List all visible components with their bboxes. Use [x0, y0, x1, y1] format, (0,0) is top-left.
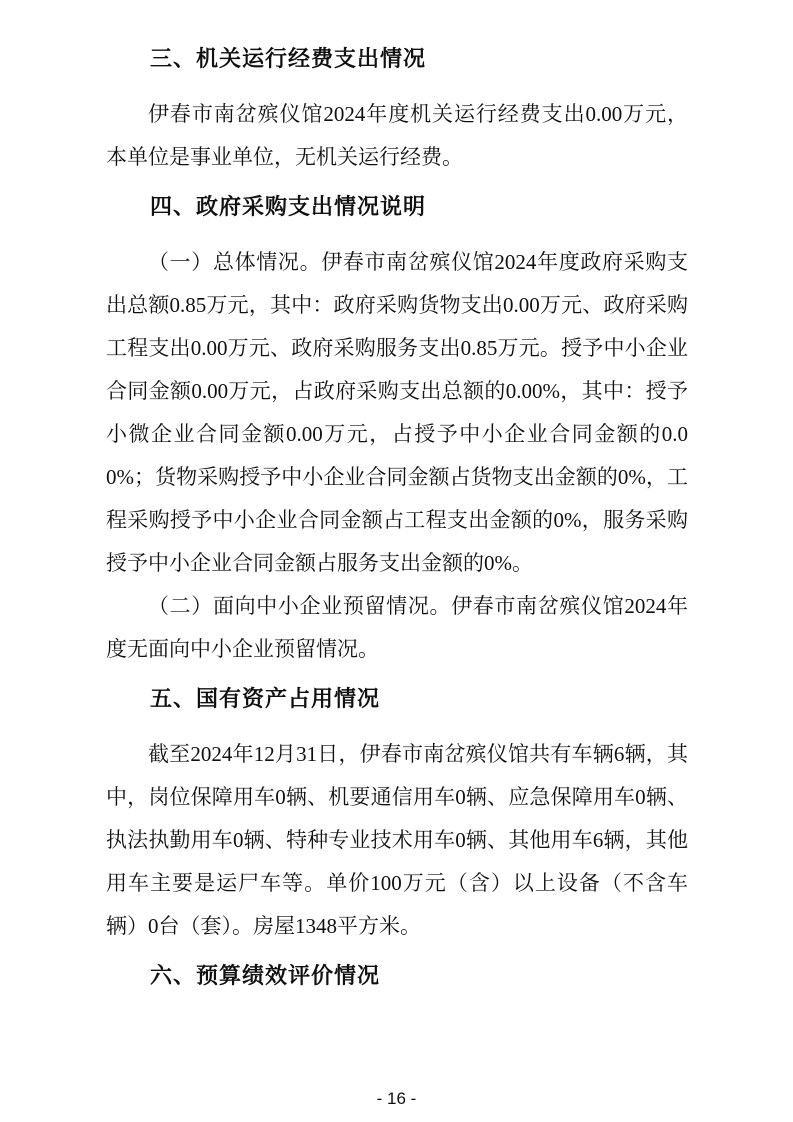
section-heading-4: 四、政府采购支出情况说明: [106, 185, 688, 228]
section-heading-3: 三、机关运行经费支出情况: [106, 37, 688, 80]
paragraph: （一）总体情况。伊春市南岔殡仪馆2024年度政府采购支出总额0.85万元，其中：…: [106, 241, 688, 585]
paragraph: 截至2024年12月31日，伊春市南岔殡仪馆共有车辆6辆，其中，岗位保障用车0辆…: [106, 733, 688, 948]
paragraph: （二）面向中小企业预留情况。伊春市南岔殡仪馆2024年度无面向中小企业预留情况。: [106, 585, 688, 671]
section-state-owned-assets: 五、国有资产占用情况 截至2024年12月31日，伊春市南岔殡仪馆共有车辆6辆，…: [106, 677, 688, 948]
page-number: - 16 -: [0, 1089, 793, 1109]
section-heading-6: 六、预算绩效评价情况: [106, 954, 688, 997]
document-content: 三、机关运行经费支出情况 伊春市南岔殡仪馆2024年度机关运行经费支出0.00万…: [0, 0, 793, 997]
section-agency-operating-expense: 三、机关运行经费支出情况 伊春市南岔殡仪馆2024年度机关运行经费支出0.00万…: [106, 37, 688, 179]
section-budget-performance: 六、预算绩效评价情况: [106, 954, 688, 997]
document-page: 三、机关运行经费支出情况 伊春市南岔殡仪馆2024年度机关运行经费支出0.00万…: [0, 0, 793, 1122]
section-government-procurement: 四、政府采购支出情况说明 （一）总体情况。伊春市南岔殡仪馆2024年度政府采购支…: [106, 185, 688, 671]
section-heading-5: 五、国有资产占用情况: [106, 677, 688, 720]
paragraph: 伊春市南岔殡仪馆2024年度机关运行经费支出0.00万元，本单位是事业单位，无机…: [106, 93, 688, 179]
